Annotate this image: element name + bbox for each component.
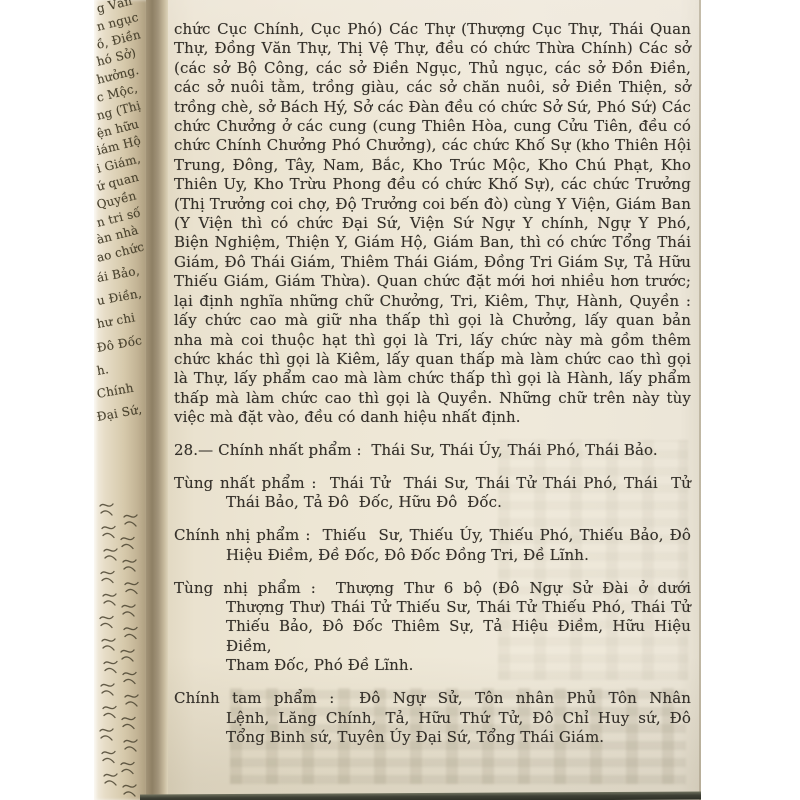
text-line: chức Cục Chính, Cục Phó) Các Thự (Thượng… bbox=[174, 20, 691, 39]
text-line: (các sở Bộ Công, các sở Điền Ngục, Thủ n… bbox=[174, 59, 691, 78]
handwriting-stroke bbox=[124, 515, 137, 517]
text-line: Hiệu Điềm, Đề Đốc, Đô Đốc Đồng Tri, Đề L… bbox=[174, 546, 691, 565]
text-line: Biện Nghiệm, Thiện Y, Giám Hộ, Giám Ban,… bbox=[174, 233, 691, 252]
rank-entry: Chính nhị phẩm : Thiếu Sư, Thiếu Úy, Thi… bbox=[174, 526, 691, 565]
handwriting-stroke bbox=[125, 522, 136, 526]
handwriting-stroke bbox=[124, 679, 135, 683]
handwriting-stroke bbox=[102, 752, 115, 754]
handwriting-stroke bbox=[102, 639, 115, 641]
handwriting-stroke bbox=[123, 560, 136, 562]
text-line: việc mà đặt vào, đều có danh hiệu nhất đ… bbox=[174, 408, 691, 427]
book-gutter-shadow bbox=[146, 0, 168, 800]
text-line: Giám, Đô Thái Giám, Thiêm Thái Giám, Đồn… bbox=[174, 253, 691, 272]
handwriting-stroke bbox=[124, 740, 137, 742]
text-line: Thượng Thư) Thái Tử Thiếu Sư, Thái Tử Th… bbox=[174, 598, 691, 617]
facing-page-edge: g Vănn ngụcồ, Điềnhó Sở)hưởng.c Mộc,ng (… bbox=[94, 0, 146, 800]
text-line: Chính tam phẩm : Đô Ngự Sử, Tôn nhân Phủ… bbox=[174, 689, 691, 708]
text-line: (Thị Trưởng coi chợ, Độ Trưởng coi bến đ… bbox=[174, 195, 691, 214]
facing-text-fragment: Chính bbox=[96, 380, 146, 402]
rank-entry: 28.— Chính nhất phẩm : Thái Sư, Thái Úy,… bbox=[174, 441, 691, 460]
handwriting-stroke bbox=[102, 578, 113, 582]
rank-entry: Tùng nhất phẩm : Thái Tử Thái Sư, Thái T… bbox=[174, 474, 691, 513]
handwriting-stroke bbox=[123, 673, 136, 675]
handwriting-stroke bbox=[122, 605, 135, 607]
text-line: Thự, Đồng Văn Thự, Thị Vệ Thự, đều có ch… bbox=[174, 39, 691, 58]
rank-entry: Tùng nhị phẩm : Thượng Thư 6 bộ (Đô Ngự … bbox=[174, 579, 691, 676]
text-line: Tham Đốc, Phó Đề Lĩnh. bbox=[174, 656, 691, 675]
handwriting-stroke bbox=[105, 781, 116, 785]
handwriting-stroke bbox=[122, 544, 133, 548]
handwriting-stroke bbox=[104, 549, 117, 551]
facing-page-text-fragments: ái Bảo,u Điền,hư chiĐô Đốch.ChínhĐại Sứ, bbox=[94, 272, 146, 434]
handwriting-stroke bbox=[121, 650, 134, 652]
text-line: các sở nuôi tằm, trồng giàu, các sở chăn… bbox=[174, 78, 691, 97]
handwriting-stroke bbox=[104, 662, 117, 664]
text-line: là Thự, lấy phẩm cao mà làm chức thấp th… bbox=[174, 369, 691, 388]
facing-text-fragment: hư chi bbox=[96, 310, 146, 332]
handwriting-stroke bbox=[105, 668, 116, 672]
page-text: chức Cục Chính, Cục Phó) Các Thự (Thượng… bbox=[174, 20, 691, 747]
handwriting-stroke bbox=[124, 628, 137, 630]
handwriting-stroke bbox=[121, 763, 134, 765]
handwriting-stroke bbox=[103, 533, 114, 537]
text-line: chức Chưởng ở các cung (cung Thiên Hòa, … bbox=[174, 117, 691, 136]
handwriting-stroke bbox=[123, 724, 134, 728]
text-line: Tùng nhị phẩm : Thượng Thư 6 bộ (Đô Ngự … bbox=[174, 579, 691, 598]
handwriting-stroke bbox=[123, 612, 134, 616]
handwriting-stroke bbox=[124, 567, 135, 571]
text-line: Thái Bảo, Tả Đô Đốc, Hữu Đô Đốc. bbox=[174, 493, 691, 512]
facing-text-fragment: Đô Đốc bbox=[96, 333, 146, 355]
book-page-photo: g Vănn ngụcồ, Điềnhó Sở)hưởng.c Mộc,ng (… bbox=[0, 0, 800, 800]
handwriting-stroke bbox=[103, 707, 116, 709]
text-line: chức Chính Chưởng Phó Chưởng), các chức … bbox=[174, 136, 691, 155]
handwriting-stroke bbox=[122, 718, 135, 720]
handwriting-stroke bbox=[126, 702, 137, 706]
handwriting-stroke bbox=[125, 695, 138, 697]
handwriting-stroke bbox=[101, 623, 112, 627]
handwriting-stroke bbox=[101, 736, 112, 740]
handwritten-cjk-strokes bbox=[94, 498, 146, 800]
handwriting-stroke bbox=[101, 684, 114, 686]
handwriting-stroke bbox=[104, 774, 117, 776]
text-line: chức khác thì gọi là Kiêm, lấy quan thấp… bbox=[174, 350, 691, 369]
handwriting-stroke bbox=[124, 792, 135, 796]
text-line: Lệnh, Lăng Chính, Tả, Hữu Thứ Tử, Đô Chỉ… bbox=[174, 709, 691, 728]
text-line: nha mà coi thuộc hạt thì gọi là Tri, lấy… bbox=[174, 331, 691, 350]
handwriting-stroke bbox=[126, 589, 137, 593]
text-line: Tùng nhất phẩm : Thái Tử Thái Sư, Thái T… bbox=[174, 474, 691, 493]
handwriting-stroke bbox=[125, 747, 136, 751]
text-line: 28.— Chính nhất phẩm : Thái Sư, Thái Úy,… bbox=[174, 441, 691, 460]
handwriting-stroke bbox=[125, 583, 138, 585]
text-line: (Y Viện thì có chức Đại Sứ, Viện Sứ Ngự … bbox=[174, 214, 691, 233]
text-line: Trung, Đông, Tây, Nam, Bắc, Kho Trúc Mộc… bbox=[174, 156, 691, 175]
handwriting-stroke bbox=[103, 758, 114, 762]
handwriting-stroke bbox=[122, 657, 133, 661]
text-line: Tổng Binh sứ, Tuyên Úy Đại Sứ, Tổng Thái… bbox=[174, 728, 691, 747]
facing-page-text-fragments: g Vănn ngụcồ, Điềnhó Sở)hưởng.c Mộc,ng (… bbox=[94, 3, 146, 270]
handwriting-stroke bbox=[123, 785, 136, 787]
text-line: thấp mà làm chức cao thì gọi là Quyền. N… bbox=[174, 389, 691, 408]
text-line: Thiếu Bảo, Đô Đốc Thiêm Sự, Tả Hiệu Điềm… bbox=[174, 617, 691, 656]
handwriting-stroke bbox=[102, 691, 113, 695]
text-line: Chính nhị phẩm : Thiếu Sư, Thiếu Úy, Thi… bbox=[174, 526, 691, 545]
facing-text-fragment: Đại Sứ, bbox=[96, 403, 146, 425]
handwriting-stroke bbox=[100, 504, 113, 506]
text-line: trồng chè, sở Bách Hý, Sở các Đàn đều có… bbox=[174, 98, 691, 117]
text-line: lại định nghĩa những chữ Chưởng, Tri, Ki… bbox=[174, 292, 691, 311]
book-page: chức Cục Chính, Cục Phó) Các Thự (Thượng… bbox=[168, 0, 701, 800]
handwriting-stroke bbox=[100, 617, 113, 619]
text-line: Thiếu Giám, Giám Thừa). Quan chức đặt mớ… bbox=[174, 272, 691, 291]
handwriting-stroke bbox=[103, 646, 114, 650]
handwriting-stroke bbox=[101, 572, 114, 574]
handwriting-stroke bbox=[121, 538, 134, 540]
handwriting-stroke bbox=[105, 556, 116, 560]
handwriting-stroke bbox=[122, 769, 133, 773]
text-line: lấy chức cao mà giữ nha thấp thì gọi là … bbox=[174, 311, 691, 330]
handwriting-stroke bbox=[101, 511, 112, 515]
rank-entry: Chính tam phẩm : Đô Ngự Sử, Tôn nhân Phủ… bbox=[174, 689, 691, 747]
handwriting-stroke bbox=[103, 594, 116, 596]
handwriting-stroke bbox=[102, 527, 115, 529]
handwriting-stroke bbox=[125, 634, 136, 638]
handwriting-stroke bbox=[104, 713, 115, 717]
facing-text-fragment: u Điền, bbox=[96, 287, 146, 309]
facing-text-fragment: h. bbox=[96, 356, 146, 378]
handwriting-stroke bbox=[104, 601, 115, 605]
handwriting-stroke bbox=[100, 729, 113, 731]
text-line: Thiên Uy, Kho Trừu Phong đều có chức Khố… bbox=[174, 175, 691, 194]
